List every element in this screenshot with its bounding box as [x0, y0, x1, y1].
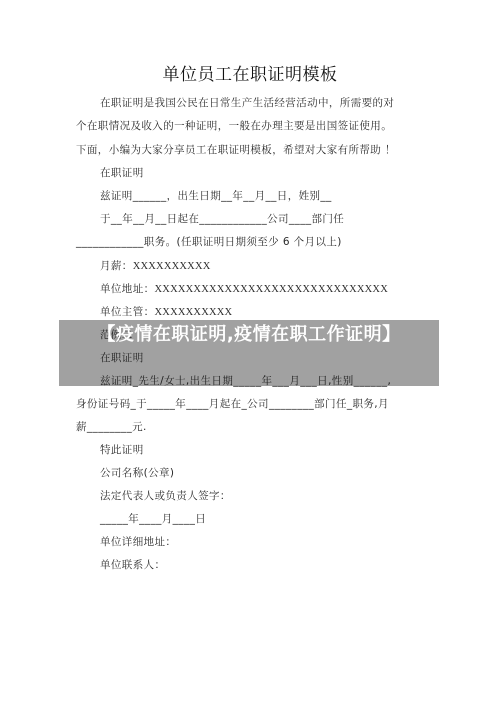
company-name-line: 公司名称(公章) — [100, 466, 174, 480]
template1-line-2: 于__年__月__日起在____________公司____部门任 — [100, 212, 344, 226]
salary-field: 月薪：XXXXXXXXXX — [100, 259, 211, 274]
address-label: 单位地址： — [100, 283, 155, 295]
template1-line-3: ____________职务。(任职证明日期须至少 6 个月以上) — [76, 235, 342, 249]
closing-text: 特此证明 — [100, 443, 144, 457]
supervisor-label: 单位主管： — [100, 306, 155, 318]
intro-line-1: 在职证明是我国公民在日常生产生活经营活动中，所需要的对 — [100, 96, 394, 110]
template2-line-2: 身份证号码_于_____年____月起在_公司________部门任_职务,月 — [76, 397, 389, 411]
intro-line-3: 下面，小编为大家分享员工在职证明模板，希望对大家有所帮助 ！ — [76, 143, 396, 157]
contact-line: 单位联系人： — [100, 558, 165, 572]
template1-heading: 在职证明 — [100, 166, 144, 180]
salary-label: 月薪： — [100, 260, 133, 272]
supervisor-value: XXXXXXXXXX — [155, 307, 233, 318]
address-field: 单位地址：XXXXXXXXXXXXXXXXXXXXXXXXXXXXXX — [100, 282, 388, 297]
signature-line: 法定代表人或负责人签字： — [100, 489, 231, 503]
template2-heading: 在职证明 — [100, 351, 144, 365]
salary-value: XXXXXXXXXX — [133, 261, 211, 272]
date-line: _____年____月____日 — [100, 512, 206, 526]
intro-line-2: 个在职情况及收入的一种证明，一般在办理主要是出国签证使用。 — [76, 119, 392, 133]
supervisor-field: 单位主管：XXXXXXXXXX — [100, 305, 232, 320]
overlay-title: 【疫情在职证明,疫情在职工作证明】 — [59, 322, 439, 348]
template2-line-1: 兹证明_先生/女士,出生日期_____年___月___日,性别______, — [100, 374, 391, 388]
detail-address-line: 单位详细地址： — [100, 535, 176, 549]
template2-line-3: 薪________元. — [76, 420, 147, 434]
template1-line-1: 兹证明______，出生日期__年__月__日，姓别__ — [100, 189, 332, 203]
address-value: XXXXXXXXXXXXXXXXXXXXXXXXXXXXXX — [155, 284, 388, 295]
document-title: 单位员工在职证明模板 — [0, 60, 500, 85]
